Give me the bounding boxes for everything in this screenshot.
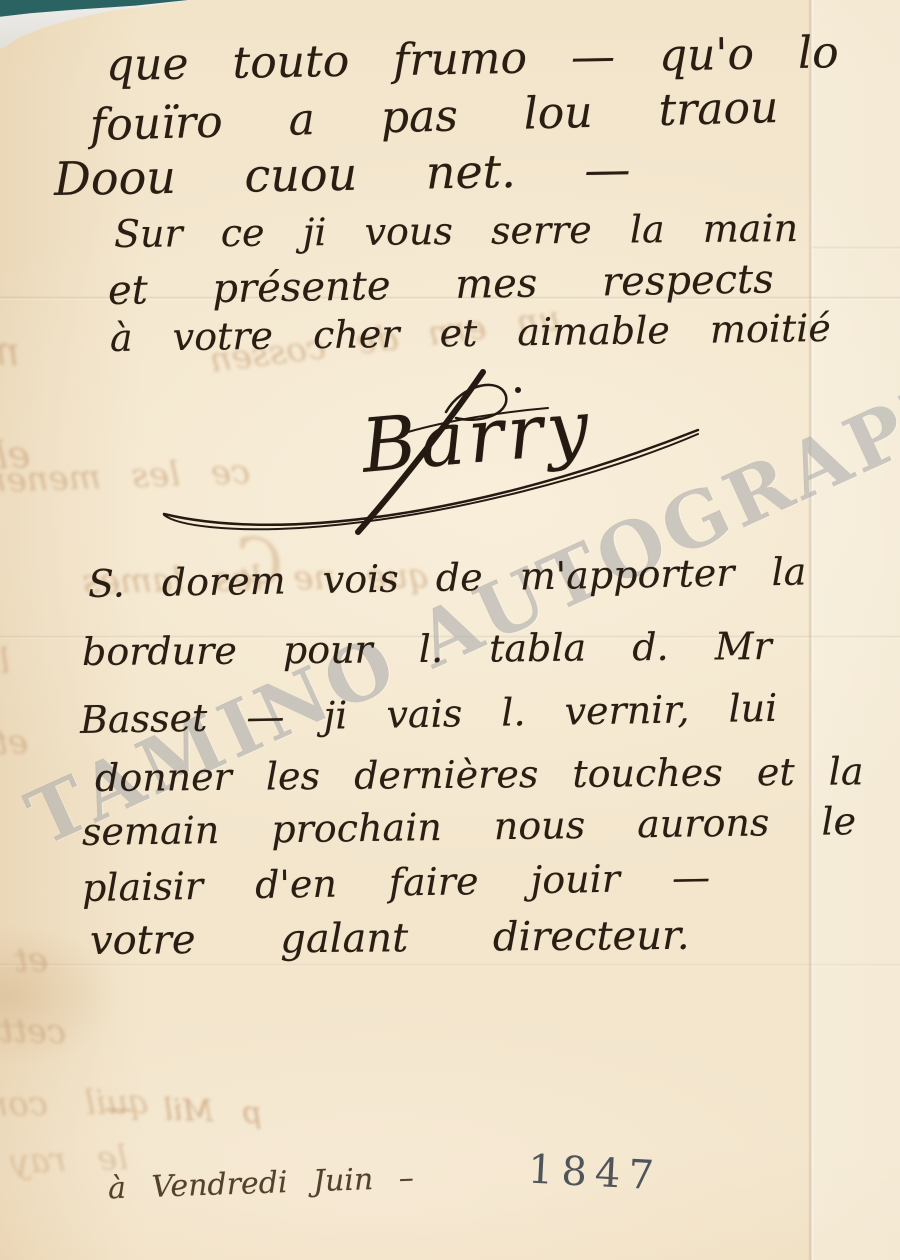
manuscript-line: bordure pour l. tabla d. Mr xyxy=(82,624,772,674)
letter-scan: un ern de cossen mon cher canne elles el… xyxy=(0,0,900,1260)
manuscript-line: que touto frumo — qu'o lo xyxy=(106,27,839,91)
manuscript-line: votre galant directeur. xyxy=(90,913,690,964)
manuscript-line: plaisir d'en faire jouir — xyxy=(82,855,711,910)
manuscript-line: semain prochain nous aurons le xyxy=(82,799,857,854)
fold-crease-vertical xyxy=(808,0,814,1260)
manuscript-line: donner les dernières touches et la xyxy=(95,749,864,800)
manuscript-line: S. dorem vois de m'apporter la xyxy=(88,549,807,606)
bleedthrough-line: cette nous le jour qui des mes xyxy=(0,999,66,1052)
fold-panel-right xyxy=(812,0,900,1260)
manuscript-line: fouïro a pas lou traou xyxy=(89,82,779,151)
signature-block: Barry xyxy=(150,368,710,538)
fold-crease-horizontal xyxy=(812,246,900,250)
manuscript-line: Basset — ji vais l. vernir, lui xyxy=(80,686,778,742)
bleedthrough-line: et li vous de courrez xyxy=(0,722,29,777)
manuscript-line: Sur ce ji vous serre la main xyxy=(114,206,798,256)
date-year-pencil: 1847 xyxy=(527,1147,663,1200)
manuscript-line: et présente mes respects xyxy=(108,256,774,314)
bleedthrough-line: et li vous de courrez que lamen des xyxy=(0,940,48,994)
manuscript-line: à votre cher et aimable moitié xyxy=(110,306,831,360)
bleedthrough-line: mon cher canne elles xyxy=(0,296,22,376)
bleedthrough-line: p Mil — xyxy=(103,1090,262,1130)
date-line: à Vendredi Juin – xyxy=(107,1161,414,1207)
manuscript-line: Doou cuou net. — xyxy=(54,142,631,206)
